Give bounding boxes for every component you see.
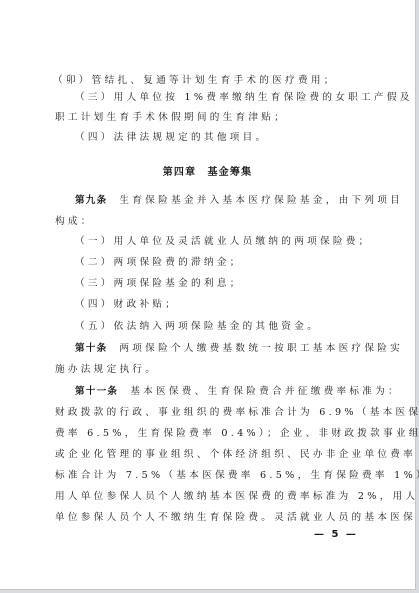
list-item: （一）用人单位及灵活就业人员缴纳的两项保险费；: [75, 236, 372, 248]
paragraph-line: 费率 6.5%，生育保险费率 0.4%）；企业、非财政拨款事业组织: [55, 428, 419, 440]
article-10-line-1: 第十条两项保险个人缴费基数统一按职工基本医疗保险实: [75, 343, 403, 355]
article-9-line-1: 第九条生育保险基金并入基本医疗保险基金，由下列项目: [75, 195, 403, 207]
paragraph-line: 用人单位参保人员个人缴纳基本医保费的费率标准为 2%，用人: [55, 491, 418, 503]
paragraph-line: 单位参保人员个人不缴纳生育保险费。灵活就业人员的基本医保: [55, 512, 416, 524]
article-10-text: 两项保险个人缴费基数统一按职工基本医疗保险实: [119, 343, 403, 354]
article-9-label: 第九条: [75, 195, 107, 206]
paragraph-line: 标准合计为 7.5%（基本医保费率 6.5%，生育保险费率 1%），: [55, 470, 419, 482]
paragraph-line: 或企业化管理的事业组织、个体经济组织、民办非企业单位费率: [55, 449, 416, 461]
list-item: （四）财政补贴；: [75, 299, 178, 311]
paragraph-line: 财政拨款的行政、事业组织的费率标准合计为 6.9%（基本医保: [55, 407, 419, 419]
paragraph-line: （卯）管结扎、复通等计划生育手术的医疗费用；: [53, 75, 337, 87]
list-item: （三）两项保险基金的利息；: [75, 278, 243, 290]
article-11-line-1: 第十一条基本医保费、生育保险费合并征缴费率标准为：: [75, 386, 401, 398]
page-number: — 5 —: [314, 529, 358, 540]
paragraph-line: （四）法律法规规定的其他项目。: [75, 132, 268, 144]
chapter-heading: 第四章 基金筹集: [0, 163, 415, 178]
list-item: （二）两项保险费的滞纳金；: [75, 257, 243, 269]
document-page: （卯）管结扎、复通等计划生育手术的医疗费用； （三）用人单位按 1%费率缴纳生育…: [0, 0, 416, 590]
list-item: （五）依法纳入两项保险基金的其他资金。: [75, 321, 320, 333]
paragraph-line: 职工计划生育手术休假期间的生育津贴；: [55, 112, 287, 124]
article-9-text: 生育保险基金并入基本医疗保险基金，由下列项目: [119, 195, 403, 206]
article-11-text: 基本医保费、生育保险费合并征缴费率标准为：: [130, 386, 401, 397]
article-10-line-2: 施办法规定执行。: [55, 364, 158, 376]
article-10-label: 第十条: [75, 343, 107, 354]
article-9-line-2: 构成：: [55, 216, 94, 228]
article-11-label: 第十一条: [75, 386, 118, 397]
paragraph-line: （三）用人单位按 1%费率缴纳生育保险费的女职工产假及: [75, 92, 413, 104]
